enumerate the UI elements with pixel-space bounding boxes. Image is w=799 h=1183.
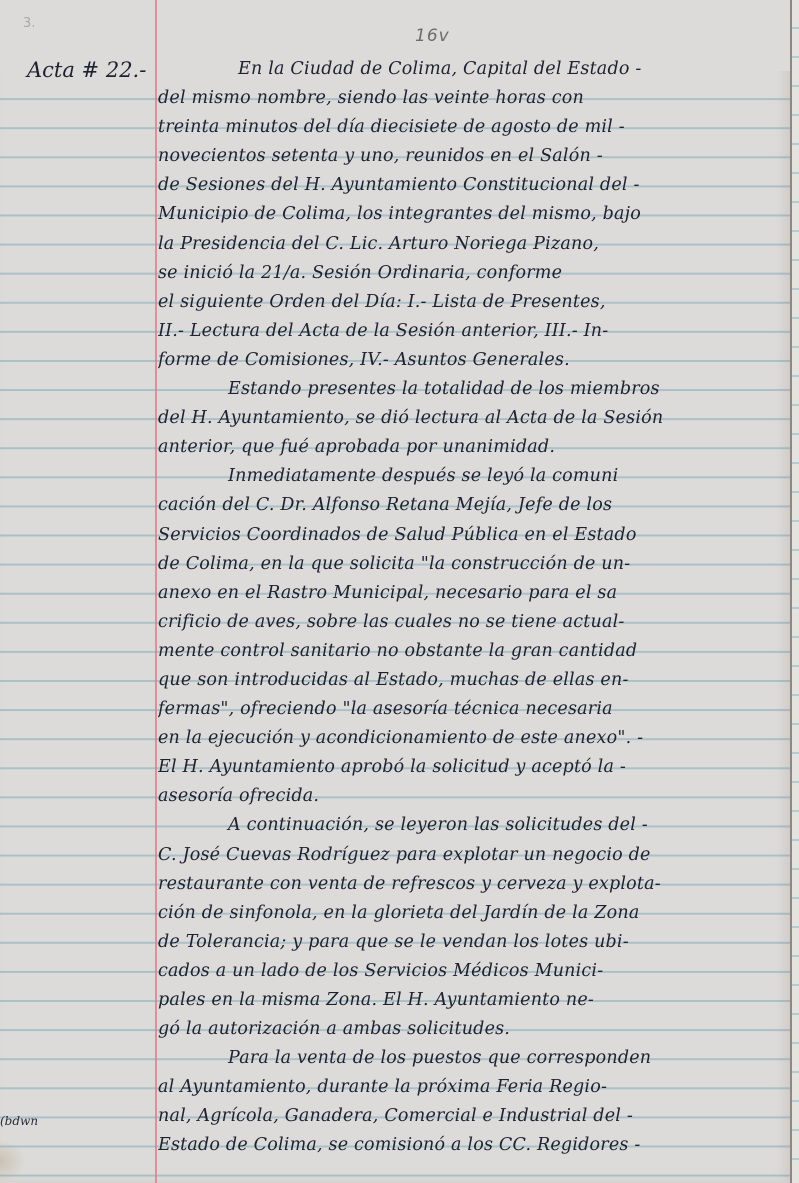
margin-note: (bdwn [0,1114,38,1128]
ledger-page: 3. 16v Acta # 22.- (bdwn En la Ciudad de… [0,0,792,1183]
text-line: Estado de Colima, se comisionó a los CC.… [158,1131,773,1160]
text-line: al Ayuntamiento, durante la próxima Feri… [158,1073,773,1102]
text-line: anterior, que fué aprobada por unanimida… [158,433,773,462]
text-line: de Tolerancia; y para que se le vendan l… [158,928,773,957]
text-line: crificio de aves, sobre las cuales no se… [158,608,773,637]
text-line: del mismo nombre, siendo las veinte hora… [158,84,773,113]
text-line: nal, Agrícola, Ganadera, Comercial e Ind… [158,1102,773,1131]
text-line: fermas", ofreciendo "la asesoría técnica… [158,695,773,724]
text-line: de Sesiones del H. Ayuntamiento Constitu… [158,171,773,200]
text-line: forme de Comisiones, IV.- Asuntos Genera… [158,346,773,375]
text-line: se inició la 21/a. Sesión Ordinaria, con… [158,259,773,288]
text-line: Estando presentes la totalidad de los mi… [158,375,773,404]
text-line: pales en la misma Zona. El H. Ayuntamien… [158,986,773,1015]
text-line: II.- Lectura del Acta de la Sesión anter… [158,317,773,346]
text-line: la Presidencia del C. Lic. Arturo Norieg… [158,230,773,259]
text-line: En la Ciudad de Colima, Capital del Esta… [158,55,773,84]
handwritten-body: En la Ciudad de Colima, Capital del Esta… [158,55,773,1161]
text-line: Municipio de Colima, los integrantes del… [158,200,773,229]
text-line: Servicios Coordinados de Salud Pública e… [158,521,773,550]
act-number-label: Acta # 22.- [27,58,146,82]
text-line: asesoría ofrecida. [158,782,773,811]
corner-mark: 3. [23,16,35,31]
text-line: Inmediatamente después se leyó la comuni [158,462,773,491]
text-line: mente control sanitario no obstante la g… [158,637,773,666]
text-line: gó la autorización a ambas solicitudes. [158,1015,773,1044]
text-line: que son introducidas al Estado, muchas d… [158,666,773,695]
text-line: cados a un lado de los Servicios Médicos… [158,957,773,986]
paper-stain [0,1140,26,1183]
text-line: restaurante con venta de refrescos y cer… [158,870,773,899]
text-line: el siguiente Orden del Día: I.- Lista de… [158,288,773,317]
adjacent-page-edge [792,0,799,1183]
text-line: treinta minutos del día diecisiete de ag… [158,113,773,142]
page-number: 16v [415,26,450,46]
red-margin-line [155,0,157,1183]
text-line: novecientos setenta y uno, reunidos en e… [158,142,773,171]
text-line: anexo en el Rastro Municipal, necesario … [158,579,773,608]
text-line: Para la venta de los puestos que corresp… [158,1044,773,1073]
text-line: cación del C. Dr. Alfonso Retana Mejía, … [158,491,773,520]
text-line: A continuación, se leyeron las solicitud… [158,811,773,840]
text-line: en la ejecución y acondicionamiento de e… [158,724,773,753]
text-line: El H. Ayuntamiento aprobó la solicitud y… [158,753,773,782]
text-line: ción de sinfonola, en la glorieta del Ja… [158,899,773,928]
text-line: C. José Cuevas Rodríguez para explotar u… [158,841,773,870]
text-line: del H. Ayuntamiento, se dió lectura al A… [158,404,773,433]
text-line: de Colima, en la que solicita "la constr… [158,550,773,579]
